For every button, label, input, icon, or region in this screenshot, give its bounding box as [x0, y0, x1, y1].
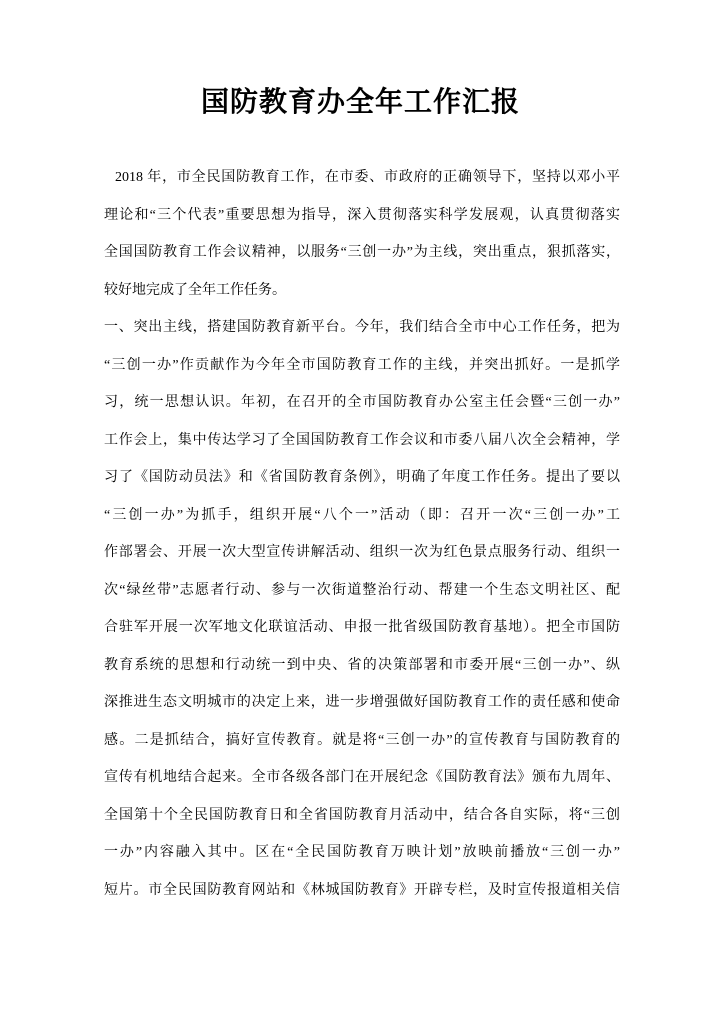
text-line: 全国第十个全民国防教育日和全省国防教育月活动中，结合各自实际，将“三创 — [104, 797, 620, 835]
document-title: 国防教育办全年工作汇报 — [0, 84, 721, 122]
text-line: “三创一办”为抓手，组织开展“八个一”活动（即：召开一次“三创一办”工 — [104, 497, 620, 535]
document-page: 国防教育办全年工作汇报 2018 年，市全民国防教育工作，在市委、市政府的正确领… — [0, 0, 721, 1020]
text-line: 较好地完成了全年工作任务。 — [104, 272, 620, 310]
text-line: 一办”内容融入其中。区在“全民国防教育万映计划”放映前播放“三创一办” — [104, 834, 620, 872]
text-line: 全国国防教育工作会议精神，以服务“三创一办”为主线，突出重点，狠抓落实， — [104, 234, 620, 272]
document-body: 2018 年，市全民国防教育工作，在市委、市政府的正确领导下，坚持以邓小平 理论… — [104, 159, 620, 909]
text-line: 合驻军开展一次军地文化联谊活动、申报一批省级国防教育基地）。把全市国防 — [104, 609, 620, 647]
text-line: 一、突出主线，搭建国防教育新平台。今年，我们结合全市中心工作任务，把为 — [104, 309, 620, 347]
text-line: 次“绿丝带”志愿者行动、参与一次街道整治行动、帮建一个生态文明社区、配 — [104, 572, 620, 610]
text-line: 短片。市全民国防教育网站和《林城国防教育》开辟专栏，及时宣传报道相关信 — [104, 872, 620, 910]
text-line: 作部署会、开展一次大型宣传讲解活动、组织一次为红色景点服务行动、组织一 — [104, 534, 620, 572]
text-line: 习，统一思想认识。年初，在召开的全市国防教育办公室主任会暨“三创一办” — [104, 384, 620, 422]
text-line: 习了《国防动员法》和《省国防教育条例》，明确了年度工作任务。提出了要以 — [104, 459, 620, 497]
text-line: 宣传有机地结合起来。全市各级各部门在开展纪念《国防教育法》颁布九周年、 — [104, 759, 620, 797]
text-line: 工作会上，集中传达学习了全国国防教育工作会议和市委八届八次全会精神，学 — [104, 422, 620, 460]
text-line: 感。二是抓结合，搞好宣传教育。就是将“三创一办”的宣传教育与国防教育的 — [104, 722, 620, 760]
text-line: 教育系统的思想和行动统一到中央、省的决策部署和市委开展“三创一办”、纵 — [104, 647, 620, 685]
text-line: 理论和“三个代表”重要思想为指导，深入贯彻落实科学发展观，认真贯彻落实 — [104, 197, 620, 235]
text-line: 深推进生态文明城市的决定上来，进一步增强做好国防教育工作的责任感和使命 — [104, 684, 620, 722]
text-line: 2018 年，市全民国防教育工作，在市委、市政府的正确领导下，坚持以邓小平 — [104, 159, 620, 197]
text-line: “三创一办”作贡献作为今年全市国防教育工作的主线，并突出抓好。一是抓学 — [104, 347, 620, 385]
